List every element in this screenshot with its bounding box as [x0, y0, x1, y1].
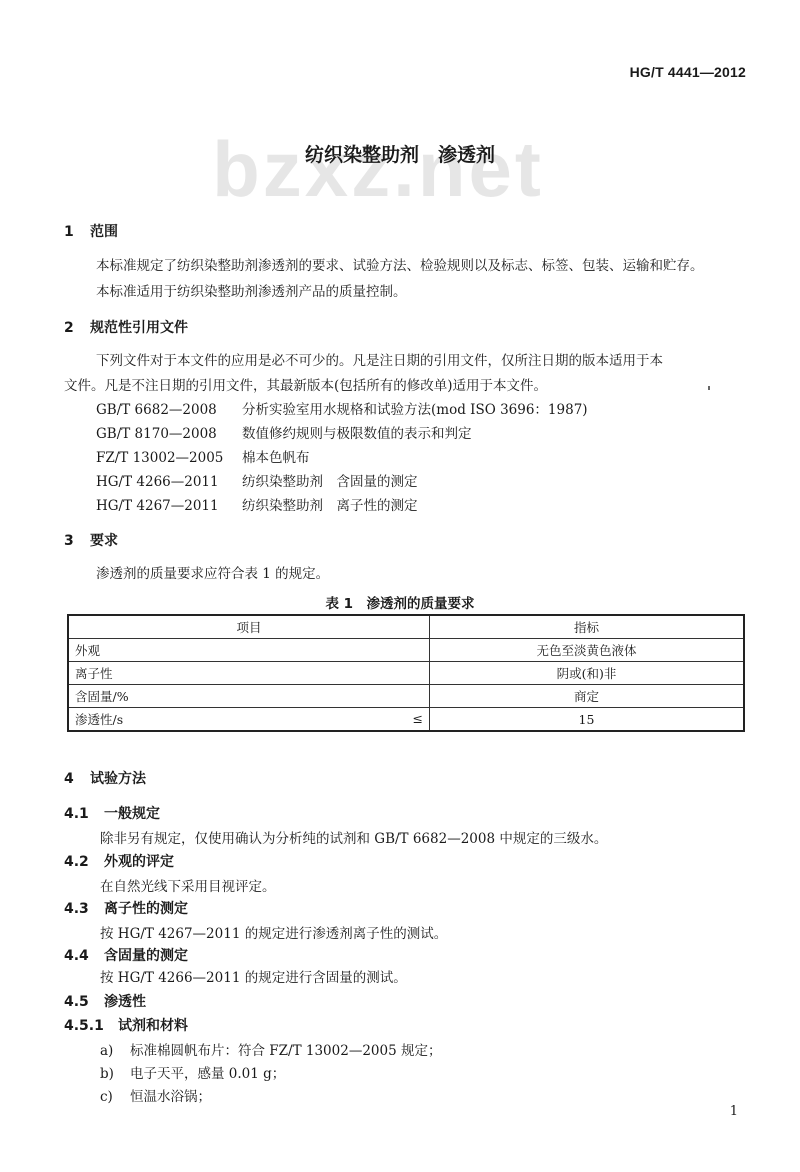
subsection-title: 试剂和材料 — [118, 1018, 188, 1034]
row-value: 商定 — [430, 685, 745, 708]
table-row: 离子性 阴或(和)非 — [68, 662, 744, 685]
list-item-label: b) — [100, 1066, 130, 1082]
scan-speck — [708, 386, 710, 390]
subsection-title: 离子性的测定 — [104, 901, 188, 917]
subsection-number: 4.3 — [64, 901, 104, 917]
requirements-paragraph: 渗透剂的质量要求应符合表 1 的规定。 — [96, 562, 329, 582]
section-title: 试验方法 — [90, 771, 146, 787]
row-item-label: 含固量/% — [75, 689, 129, 704]
table-caption: 表 1 渗透剂的质量要求 — [0, 592, 800, 612]
reference-item: FZ/T 13002—2005棉本色帆布 — [96, 446, 310, 466]
list-item-text: 恒温水浴锅； — [130, 1089, 211, 1105]
reference-code: GB/T 6682—2008 — [96, 402, 242, 418]
subsection-title: 一般规定 — [104, 806, 160, 822]
standard-code: HG/T 4441—2012 — [630, 64, 746, 80]
subsection-title: 外观的评定 — [104, 854, 174, 870]
subsection-title: 渗透性 — [104, 994, 146, 1010]
section-number: 2 — [64, 320, 90, 336]
row-value: 阴或(和)非 — [430, 662, 745, 685]
section-title: 要求 — [90, 533, 118, 549]
subsection-4-3-heading: 4.3离子性的测定 — [64, 898, 188, 918]
subsection-number: 4.5.1 — [64, 1018, 118, 1034]
reference-title: 纺织染整助剂 离子性的测定 — [242, 498, 418, 514]
row-item-label: 渗透性/s — [75, 712, 123, 727]
subsection-title: 含固量的测定 — [104, 948, 188, 964]
reference-code: HG/T 4267—2011 — [96, 498, 242, 514]
subsection-4-2-heading: 4.2外观的评定 — [64, 851, 174, 871]
list-item: a)标准棉圆帆布片：符合 FZ/T 13002—2005 规定； — [100, 1039, 441, 1059]
list-item: c)恒温水浴锅； — [100, 1085, 211, 1105]
column-header-index: 指标 — [430, 615, 745, 639]
reference-item: HG/T 4266—2011纺织染整助剂 含固量的测定 — [96, 470, 418, 490]
reference-title: 数值修约规则与极限数值的表示和判定 — [242, 426, 472, 442]
column-header-item: 项目 — [68, 615, 430, 639]
row-value: 15 — [430, 708, 745, 732]
subsection-4-5-1-heading: 4.5.1试剂和材料 — [64, 1015, 188, 1035]
row-item: 含固量/% — [68, 685, 430, 708]
row-item: 渗透性/s≤ — [68, 708, 430, 732]
page-number: 1 — [730, 1104, 738, 1119]
references-intro-line-1: 下列文件对于本文件的应用是必不可少的。凡是注日期的引用文件，仅所注日期的版本适用… — [96, 349, 663, 369]
document-title: 纺织染整助剂 渗透剂 — [0, 140, 800, 167]
table-row: 外观 无色至淡黄色液体 — [68, 639, 744, 662]
reference-item: GB/T 6682—2008分析实验室用水规格和试验方法(mod ISO 369… — [96, 398, 588, 418]
quality-requirements-table: 项目 指标 外观 无色至淡黄色液体 离子性 阴或(和)非 含固量/% 商定 渗透… — [67, 614, 745, 732]
section-3-heading: 3要求 — [64, 530, 118, 550]
references-intro-line-2: 文件。凡是不注日期的引用文件，其最新版本(包括所有的修改单)适用于本文件。 — [64, 374, 547, 394]
list-item-label: a) — [100, 1043, 130, 1059]
section-2-heading: 2规范性引用文件 — [64, 317, 188, 337]
subsection-4-4-text: 按 HG/T 4266—2011 的规定进行含固量的测试。 — [100, 966, 407, 986]
reference-code: FZ/T 13002—2005 — [96, 450, 242, 466]
row-item-label: 离子性 — [75, 666, 113, 681]
reference-title: 棉本色帆布 — [242, 450, 310, 466]
reference-item: GB/T 8170—2008数值修约规则与极限数值的表示和判定 — [96, 422, 472, 442]
row-item: 离子性 — [68, 662, 430, 685]
reference-code: HG/T 4266—2011 — [96, 474, 242, 490]
subsection-number: 4.2 — [64, 854, 104, 870]
reference-title: 纺织染整助剂 含固量的测定 — [242, 474, 418, 490]
subsection-4-3-text: 按 HG/T 4267—2011 的规定进行渗透剂离子性的测试。 — [100, 922, 447, 942]
section-number: 4 — [64, 771, 90, 787]
section-number: 1 — [64, 224, 90, 240]
list-item: b)电子天平，感量 0.01 g； — [100, 1062, 285, 1082]
scope-paragraph-1: 本标准规定了纺织染整助剂渗透剂的要求、试验方法、检验规则以及标志、标签、包装、运… — [96, 254, 704, 274]
subsection-4-5-heading: 4.5渗透性 — [64, 991, 146, 1011]
section-number: 3 — [64, 533, 90, 549]
row-item-label: 外观 — [75, 643, 100, 658]
row-item: 外观 — [68, 639, 430, 662]
table-row: 渗透性/s≤ 15 — [68, 708, 744, 732]
list-item-text: 电子天平，感量 0.01 g； — [130, 1066, 285, 1082]
row-value: 无色至淡黄色液体 — [430, 639, 745, 662]
section-4-heading: 4试验方法 — [64, 768, 146, 788]
list-item-text: 标准棉圆帆布片：符合 FZ/T 13002—2005 规定； — [130, 1043, 441, 1059]
table-row: 含固量/% 商定 — [68, 685, 744, 708]
subsection-4-2-text: 在自然光线下采用目视评定。 — [100, 875, 276, 895]
table-header-row: 项目 指标 — [68, 615, 744, 639]
subsection-4-4-heading: 4.4含固量的测定 — [64, 945, 188, 965]
subsection-4-1-heading: 4.1一般规定 — [64, 803, 160, 823]
subsection-4-1-text: 除非另有规定，仅使用确认为分析纯的试剂和 GB/T 6682—2008 中规定的… — [100, 827, 607, 847]
less-or-equal-symbol: ≤ — [413, 711, 423, 726]
scope-paragraph-2: 本标准适用于纺织染整助剂渗透剂产品的质量控制。 — [96, 280, 407, 300]
reference-code: GB/T 8170—2008 — [96, 426, 242, 442]
subsection-number: 4.1 — [64, 806, 104, 822]
reference-item: HG/T 4267—2011纺织染整助剂 离子性的测定 — [96, 494, 418, 514]
reference-title: 分析实验室用水规格和试验方法(mod ISO 3696：1987) — [242, 402, 588, 418]
section-title: 规范性引用文件 — [90, 320, 188, 336]
subsection-number: 4.5 — [64, 994, 104, 1010]
section-title: 范围 — [90, 224, 118, 240]
list-item-label: c) — [100, 1089, 130, 1105]
subsection-number: 4.4 — [64, 948, 104, 964]
section-1-heading: 1范围 — [64, 221, 118, 241]
